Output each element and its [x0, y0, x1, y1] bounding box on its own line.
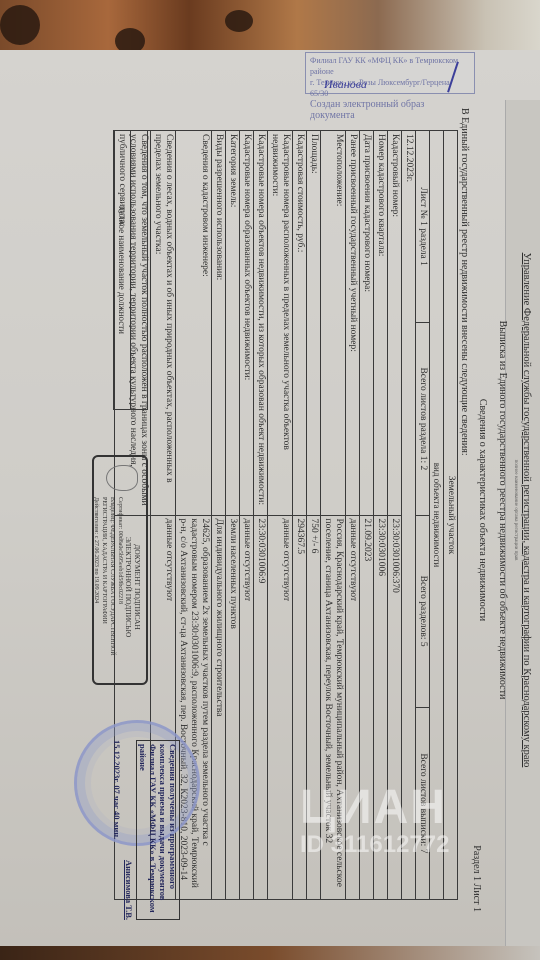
table-row: Категория земель:Земли населенных пункто… [226, 131, 240, 900]
row-value: данные отсутствуют [268, 515, 293, 900]
photo-background-bottom [0, 946, 540, 960]
stamp-line-1: Филиал ГАУ КК «МФЦ КК» в Темрюкском райо… [310, 55, 470, 77]
row-label: Местоположение: [321, 131, 346, 516]
row-label: Ранее присвоенный государственный учетны… [346, 131, 360, 516]
stamp-signature: Иванова [324, 79, 367, 90]
fabric-spot [225, 10, 253, 32]
row-label: Кадастровые номера объектов недвижимости… [254, 131, 268, 516]
table-row: Виды разрешенного использования:Для инди… [212, 131, 226, 900]
cert-officer-name: Анисимова Т.В. [124, 740, 134, 920]
cert-datetime: 15.12.2023г. 07 час 40 мин. [112, 740, 122, 920]
agency-name: Управление Федеральной службы государств… [521, 100, 532, 920]
sections-total: Всего разделов: 5 [416, 515, 430, 707]
sheets-in-section: Всего листов раздела 1: 2 [416, 323, 430, 515]
table-row: Кадастровые номера объектов недвижимости… [254, 131, 268, 900]
cert-line-1: Сведения получены из программного [168, 744, 178, 916]
position-field [131, 131, 148, 410]
cert-line-3: Филиал ГАУ КК «МФЦ КК» в Темрюкском райо… [138, 744, 158, 916]
row-value: Для индивидуального жилищного строительс… [212, 515, 226, 900]
position-caption: полное наименование должности [114, 131, 131, 410]
table-row: Кадастровые номера расположенных в преде… [268, 131, 293, 900]
esign-validity: Действителен: с 27.06.2023 по 19.09.2024 [92, 497, 100, 677]
signatory-table: полное наименование должности [113, 130, 148, 410]
esign-title-1: ДОКУМЕНТ ПОДПИСАН [133, 497, 142, 677]
row-value: Земли населенных пунктов [226, 515, 240, 900]
electronic-signature-stamp: ДОКУМЕНТ ПОДПИСАН ЭЛЕКТРОННОЙ ПОДПИСЬЮ С… [92, 455, 148, 685]
emblem-icon [106, 465, 138, 491]
watermark-brand: ЦИАН [300, 780, 520, 835]
row-label: Виды разрешенного использования: [212, 131, 226, 516]
row-label: Категория земель: [226, 131, 240, 516]
table-row: Кадастровые номера образованных объектов… [240, 131, 254, 900]
row-label: Дата присвоения кадастрового номера: [360, 131, 374, 516]
row-value: 23:30:0301006:9 [254, 515, 268, 900]
row-label: Площадь: [307, 131, 321, 516]
cian-watermark: ЦИАН ID 311612772 [300, 780, 520, 859]
row-value: данные отсутствуют [240, 515, 254, 900]
row-label: Кадастровые номера образованных объектов… [240, 131, 254, 516]
esign-owner: Владелец: ФЕДЕРАЛЬНАЯ СЛУЖБА ГОСУДАРСТВЕ… [100, 497, 116, 677]
sheet-number: Лист № 1 раздела 1 [416, 131, 430, 323]
row-label: Кадастровый номер: [388, 131, 402, 516]
intro-text: В Единый государственный реестр недвижим… [459, 108, 470, 456]
row-label: Номер кадастрового квартала: [374, 131, 388, 516]
mfc-copy-stamp: Филиал ГАУ КК «МФЦ КК» в Темрюкском райо… [305, 52, 475, 94]
esign-certificate: Сертификат: 00d8a0e5b95eeb1d58bc02218 [116, 497, 124, 677]
row-value: 24625, образованием 2х земельных участко… [176, 515, 212, 900]
row-label: Сведения о кадастровом инженере: [176, 131, 212, 516]
mfc-certification: Сведения получены из программного компле… [112, 740, 180, 920]
cert-line-2: комплекса приема и выдачи документов [158, 744, 168, 916]
row-label: Сведения о лесах, водных объектах и об и… [151, 131, 176, 516]
row-label: Кадастровые номера расположенных в преде… [268, 131, 293, 516]
esign-title-2: ЭЛЕКТРОННОЙ ПОДПИСЬЮ [124, 497, 133, 677]
fabric-spot [0, 5, 40, 45]
row-label: Кадастровая стоимость, руб.: [293, 131, 307, 516]
watermark-id: ID 311612772 [300, 831, 520, 859]
